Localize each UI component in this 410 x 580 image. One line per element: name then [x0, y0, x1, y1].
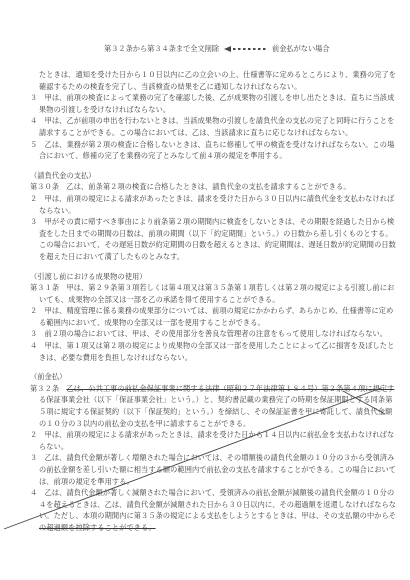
text-segment: る範囲内において、成果物の全部又は一部を使用することができる。: [39, 319, 265, 327]
text-segment: 第３０条 乙は、前条第２項の検査に合格したときは、請負代金の支払を請求することが…: [30, 183, 351, 191]
text-segment: は、前項の規定を準用する。: [39, 478, 134, 486]
text-line: たときは、通知を受けた日から１０日以内に乙の立会いの上、仕様書等に定めるところに…: [39, 70, 410, 82]
text-segment: 確認するための検査を完了し、当該検査の結果を乙に通知しなければならない。: [39, 83, 301, 91]
text-line: を超えた日において満了したものとみなす。: [39, 252, 410, 264]
text-segment: る保証事業会社（以下「保証事業会社」という。）と、契約書記載の業務完了の時期を保…: [39, 396, 393, 404]
struck-text-segment: 乙は、公共工事の前払金保証事業に関する法律（昭和２７年法律第１８４号）第２条第４…: [66, 385, 394, 393]
text-line: ５ 乙は、業務が第２項の検査に合格しないときは、直ちに修補して甲の検査を受けなけ…: [30, 140, 410, 152]
text-line: ４ 乙は、請負代金額が著しく減額された場合において、受領済みの前払金額が減額後の…: [30, 488, 410, 500]
text-segment: ３ 甲は、前項の検査によって業務の完了を確認した後、乙が成果物の引渡しを申し出た…: [30, 94, 394, 102]
text-line: ４ 甲は、第１項又は第２項の規定により成果物の全部又は一部を使用したことによって…: [30, 341, 410, 353]
text-segment: （前金払）: [30, 373, 66, 381]
text-segment: ならない。: [39, 207, 75, 215]
document-body: たときは、通知を受けた日から１０日以内に乙の立会いの上、仕様書等に定めるところに…: [0, 70, 410, 535]
deletion-annotation: 第３２条から第３４条まで全文削除 前金払がない場合: [104, 44, 330, 54]
text-line: （請負代金の支払）: [30, 171, 410, 183]
arrow-head-icon: [224, 46, 231, 52]
text-line: 第３２条 乙は、公共工事の前払金保証事業に関する法律（昭和２７年法律第１８４号）…: [30, 384, 410, 396]
text-line: ならない。: [39, 206, 410, 218]
text-line: ２ 甲は、精度管理に係る業務の成果部分については、前項の規定にかかわらず、あらか…: [30, 306, 410, 318]
text-line: ３ 前２項の場合においては、甲は、その使用部分を善良な管理者の注意をもって使用し…: [30, 329, 410, 341]
text-line: （引渡し前における成果物の使用）: [30, 272, 410, 284]
text-line: ２ 甲は、前項の規定による請求があったときは、請求を受けた日から３０日以内に請負…: [30, 194, 410, 206]
text-segment: の前払金額を差し引いた額に相当する額の範囲内で前払金の支払を請求することができる…: [39, 466, 396, 474]
text-segment: 合において、修補の完了を業務の完了とみなして前４項の規定を準用する。: [39, 152, 287, 160]
annotation-reason: 前金払がない場合: [272, 44, 330, 54]
text-line: る保証事業会社（以下「保証事業会社」という。）と、契約書記載の業務完了の時期を保…: [39, 395, 410, 407]
text-line: の超過額を控除することができる。: [39, 523, 410, 535]
deletion-note: 第３２条から第３４条まで全文削除: [104, 44, 219, 54]
document-page: 第３２条から第３４条まで全文削除 前金払がない場合 たときは、通知を受けた日から…: [0, 0, 410, 580]
text-line: の１０分の３以内の前払金の支払を甲に請求することができる。: [39, 419, 410, 431]
text-line: 第３０条 乙は、前条第２項の検査に合格したときは、請負代金の支払を請求することが…: [30, 182, 410, 194]
text-line: ２ 甲は、前項の規定による請求があったときは、請求を受けた日から１４日以内に前払…: [30, 430, 410, 442]
text-segment: （引渡し前における成果物の使用）: [30, 273, 147, 281]
text-line: 第３１条 甲は、第２９条第３項若しくは第４項又は第３５条第１項若しくは第２項の規…: [30, 283, 410, 295]
text-segment: らない。: [39, 443, 68, 451]
left-arrow-icon: [224, 46, 267, 52]
text-segment: （請負代金の支払）: [30, 172, 96, 180]
text-line: は、前項の規定を準用する。: [39, 477, 410, 489]
struck-text-segment: の超過額を控除することができる。: [39, 524, 156, 532]
text-segment: を超えた日において満了したものとみなす。: [39, 253, 184, 261]
text-segment: ４ 乙は、請負代金額が著しく減額された場合において、受領済みの前払金額が減額後の…: [30, 489, 394, 497]
text-segment: ３ 前２項の場合においては、甲は、その使用部分を善良な管理者の注意をもって使用し…: [30, 330, 387, 338]
text-segment: ４を超えるときは、乙は、請負代金額が減額された日から３０日以内に、その超過額を返…: [39, 501, 396, 509]
text-line: ４を超えるときは、乙は、請負代金額が減額された日から３０日以内に、その超過額を返…: [39, 500, 410, 512]
text-line: 請求することができる。この場合においては、乙は、当該請求に直ちに応じなければなら…: [39, 128, 410, 140]
text-segment: 果物の引渡しを受けなければならない。: [39, 106, 170, 114]
text-line: らない。: [39, 442, 410, 454]
text-line: 査をした日までの期間の日数は、前項の期間（以下「約定期間」という。）の日数から差…: [39, 229, 410, 241]
text-segment: ５ 乙は、業務が第２項の検査に合格しないときは、直ちに修補して甲の検査を受けなけ…: [30, 141, 394, 149]
text-segment: ２ 甲は、精度管理に係る業務の成果部分については、前項の規定にかかわらず、あらか…: [30, 307, 393, 315]
text-line: いても、成果物の全部又は一部を乙の承諾を得て使用することができる。: [39, 295, 410, 307]
text-segment: この場合において、その遅延日数が約定期間の日数を超えるときは、約定期間は、遅延日…: [39, 241, 396, 249]
text-segment: 第３１条 甲は、第２９条第３項若しくは第４項又は第３５条第１項若しくは第２項の規…: [30, 284, 394, 292]
text-line: この場合において、その遅延日数が約定期間の日数を超えるときは、約定期間は、遅延日…: [39, 240, 410, 252]
text-segment: ４ 甲は、第１項又は第２項の規定により成果物の全部又は一部を使用したことによって…: [30, 342, 394, 350]
text-segment: ２ 甲は、前項の規定による請求があったときは、請求を受けた日から１４日以内に前払…: [30, 431, 394, 439]
text-segment: の１０分の３以内の前払金の支払を甲に請求することができる。: [39, 420, 250, 428]
text-segment: ３ 甲がその責に帰すべき事由により前条第２項の期間内に検査をしないときは、その期…: [30, 218, 394, 226]
text-segment: ５項に規定する保証契約（以下「保証契約」という。）を締結し、その保証証書を甲に寄…: [39, 408, 392, 416]
text-line: る範囲内において、成果物の全部又は一部を使用することができる。: [39, 318, 410, 330]
text-line: い。ただし、本項の期間内に第３５条の規定による支払をしようとするときは、甲は、そ…: [39, 511, 410, 523]
text-segment: 請求することができる。この場合においては、乙は、当該請求に直ちに応じなければなら…: [39, 129, 352, 137]
text-segment: いても、成果物の全部又は一部を乙の承諾を得て使用することができる。: [39, 296, 280, 304]
text-segment: 第３２条: [30, 385, 66, 393]
text-segment: ４ 甲は、乙が前項の申出を行わないときは、当該成果物の引渡しを請負代金の支払の完…: [30, 117, 394, 125]
text-line: ４ 甲は、乙が前項の申出を行わないときは、当該成果物の引渡しを請負代金の支払の完…: [30, 116, 410, 128]
text-segment: たときは、通知を受けた日から１０日以内に乙の立会いの上、仕様書等に定めるところに…: [39, 71, 396, 79]
text-line: 確認するための検査を完了し、当該検査の結果を乙に通知しなければならない。: [39, 82, 410, 94]
text-segment: ２ 甲は、前項の規定による請求があったときは、請求を受けた日から３０日以内に請負…: [30, 195, 394, 203]
text-line: 合において、修補の完了を業務の完了とみなして前４項の規定を準用する。: [39, 151, 410, 163]
text-segment: ３ 乙は、請負代金額が著しく増額された場合においては、その増額後の請負代金額の１…: [30, 454, 394, 462]
text-segment: い。ただし、本項の期間内に第３５条の規定による支払をしようとするときは、甲は、そ…: [39, 512, 396, 520]
arrow-dashed-tail-icon: [233, 48, 267, 50]
text-line: ３ 乙は、請負代金額が著しく増額された場合においては、その増額後の請負代金額の１…: [30, 453, 410, 465]
text-line: ５項に規定する保証契約（以下「保証契約」という。）を締結し、その保証証書を甲に寄…: [39, 407, 410, 419]
text-line: （前金払）: [30, 372, 410, 384]
text-line: きは、必要な費用を負担しなければならない。: [39, 353, 410, 365]
text-line: ３ 甲は、前項の検査によって業務の完了を確認した後、乙が成果物の引渡しを申し出た…: [30, 93, 410, 105]
text-line: 果物の引渡しを受けなければならない。: [39, 105, 410, 117]
text-line: の前払金額を差し引いた額に相当する額の範囲内で前払金の支払を請求することができる…: [39, 465, 410, 477]
text-segment: きは、必要な費用を負担しなければならない。: [39, 354, 192, 362]
text-line: ３ 甲がその責に帰すべき事由により前条第２項の期間内に検査をしないときは、その期…: [30, 217, 410, 229]
text-segment: 査をした日までの期間の日数は、前項の期間（以下「約定期間」という。）の日数から差…: [39, 230, 393, 238]
